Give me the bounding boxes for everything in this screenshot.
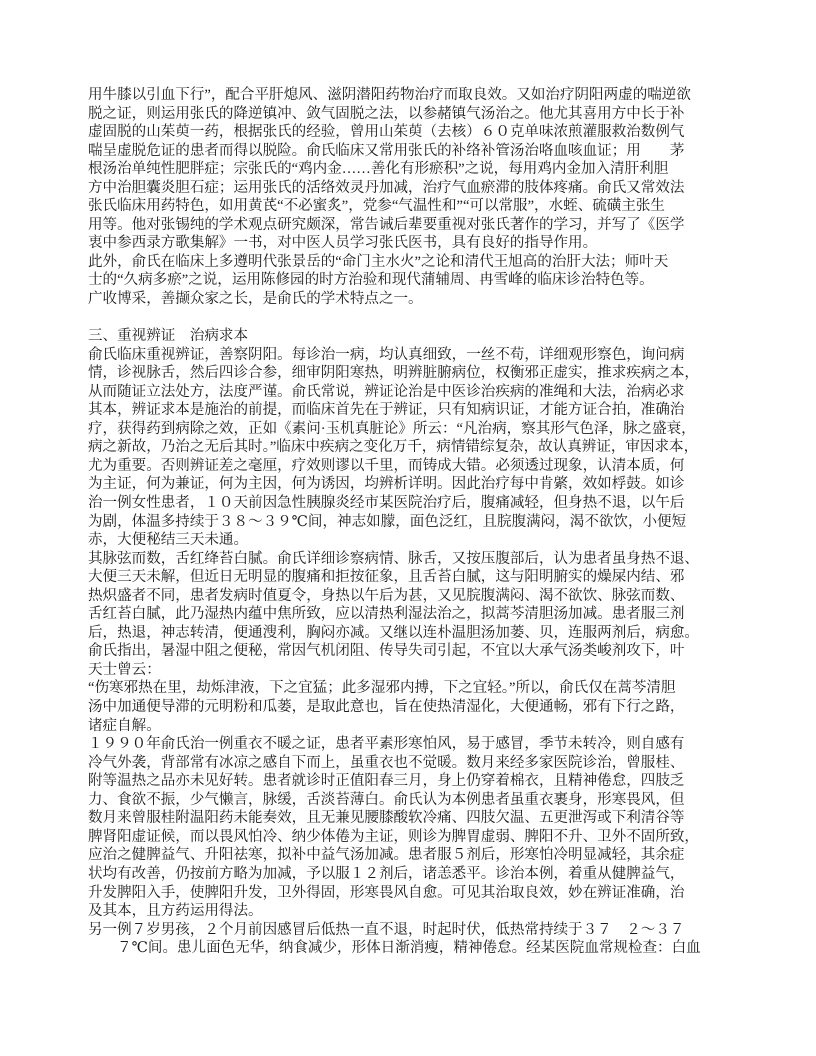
text-line: 大便三天未解，但近日无明显的腹痛和拒按征象，且舌苔白腻，这与阳明腑实的燥屎内结、… [88, 568, 748, 587]
text-line: 尤为重要。否则辨证差之毫厘，疗效则谬以千里，而铸成大错。必须透过现象，认清本质，… [88, 457, 748, 476]
text-column: 用牛膝以引血下行”，配合平肝熄风、滋阴潜阳药物治疗而取良效。又如治疗阴阳两虚的喘… [88, 86, 748, 958]
text-line: 其本，辨证求本是施治的前提，而临床首先在于辨证，只有知病识证，才能方证合拍，准确… [88, 401, 748, 420]
text-line: 后，热退，神志转清，便通溲利，胸闷亦减。又继以连朴温胆汤加蒌、贝，连服两剂后，病… [88, 624, 748, 643]
text-line: 治一例女性患者，１０天前因急性胰腺炎经市某医院治疗后，腹痛减轻，但身热不退，以午… [88, 494, 748, 513]
text-line: 附等温热之品亦未见好转。患者就诊时正值阳春三月，身上仍穿着棉衣，且精神倦怠，四肢… [88, 772, 748, 791]
text-line: 衷中参西录方歌集解》一书，对中医人员学习张氏医书，具有良好的指导作用。 [88, 234, 748, 253]
section-body: 俞氏临床重视辨证，善察阴阳。每诊治一病，均认真细致，一丝不苟，详细观形察色，询问… [88, 346, 748, 958]
text-line: 病之新故，乃治之无后其时。”临床中疾病之变化万千，病情错综复杂，故认真辨证，审因… [88, 438, 748, 457]
text-line: 汤中加通便导滞的元明粉和瓜蒌，是取此意也，旨在使热清湿化，大便通畅，邪有下行之路… [88, 698, 748, 717]
text-line: 广收博采，善撷众家之长，是俞氏的学术特点之一。 [88, 290, 748, 309]
text-line: 应治之健脾益气、升阳祛寒，拟补中益气汤加减。患者服５剂后，形寒怕冷明显减轻，其余… [88, 846, 748, 865]
text-line: 疗，获得药到病除之效，正如《素问·玉机真脏论》所云：“凡治病，察其形气色泽，脉之… [88, 420, 748, 439]
document-page: 用牛膝以引血下行”，配合平肝熄风、滋阴潜阳药物治疗而取良效。又如治疗阴阳两虚的喘… [0, 0, 816, 1056]
text-line: 为主证，何为兼证，何为主因，何为诱因，均辨析详明。因此治疗每中肯綮，效如桴鼓。如… [88, 475, 748, 494]
text-line: 状均有改善，仍按前方略为加减，予以服１２剂后，诸恙悉平。诊治本例，着重从健脾益气… [88, 865, 748, 884]
text-line: 升发脾阳入手，使脾阳升发，卫外得固，形寒畏风自愈。可见其治取良效，妙在辨证准确，… [88, 884, 748, 903]
text-line: 方中治胆囊炎胆石症；运用张氏的活络效灵丹加减，治疗气血瘀滞的肢体疼痛。俞氏又常效… [88, 179, 748, 198]
text-line: 舌红苔白腻，此乃湿热内蕴中焦所致，应以清热利湿法治之，拟蒿芩清胆汤加减。患者服三… [88, 605, 748, 624]
text-line: 情，诊视脉舌，然后四诊合参，细审阴阳寒热，明辨脏腑病位，权衡邪正虚实，推求疾病之… [88, 364, 748, 383]
text-line: 脾肾阳虚证候，而以畏风怕冷、纳少体倦为主证，则诊为脾胃虚弱、脾阳不升、卫外不固所… [88, 828, 748, 847]
text-line: 士的“久病多瘀”之说，运用陈修园的时方治验和现代蒲辅周、冉雪峰的临床诊治特色等。 [88, 271, 748, 290]
text-line: 用牛膝以引血下行”，配合平肝熄风、滋阴潜阳药物治疗而取良效。又如治疗阴阳两虚的喘… [88, 86, 748, 105]
text-line: 为剧，体温多持续于３８～３９℃间，神志如朦，面色泛红，且脘腹满闷，渴不欲饮，小便… [88, 513, 748, 532]
text-line: 其脉弦而数，舌红绛苔白腻。俞氏详细诊察病情、脉舌，又按压腹部后，认为患者虽身热不… [88, 550, 748, 569]
continued-paragraph: 用牛膝以引血下行”，配合平肝熄风、滋阴潜阳药物治疗而取良效。又如治疗阴阳两虚的喘… [88, 86, 748, 327]
text-line: 诸症自解。 [88, 717, 748, 736]
text-line: 俞氏临床重视辨证，善察阴阳。每诊治一病，均认真细致，一丝不苟，详细观形察色，询问… [88, 346, 748, 365]
text-line: ７℃间。患儿面色无华，纳食减少，形体日渐消瘦，精神倦怠。经某医院血常规检查：白血 [88, 939, 748, 958]
text-line: 俞氏指出，暑湿中阻之便秘，常因气机闭阻、传导失司引起，不宜以大承气汤类峻剂攻下，… [88, 642, 748, 661]
text-line: 天士曾云： [88, 661, 748, 680]
text-line: 力、食欲不振，少气懒言，脉缓，舌淡苔薄白。俞氏认为本例患者虽重衣裹身，形寒畏风，… [88, 791, 748, 810]
text-line: 从而随证立法处方，法度严谨。俞氏常说，辨证论治是中医诊治疾病的准绳和大法，治病必… [88, 383, 748, 402]
section-heading: 三、重视辨证 治病求本 [88, 327, 748, 346]
text-line: 用等。他对张锡纯的学术观点研究颇深，常告诫后辈要重视对张氏著作的学习，并写了《医… [88, 216, 748, 235]
text-line: 赤，大便秘结三天未通。 [88, 531, 748, 550]
text-line: 冷气外袭，背部常有冰凉之感自下而上，虽重衣也不觉暖。数月来经多家医院诊治，曾服桂… [88, 754, 748, 773]
text-line: 脱之证，则运用张氏的降逆镇冲、敛气固脱之法，以参赭镇气汤治之。他尤其喜用方中长于… [88, 105, 748, 124]
text-line: 喘呈虚脱危证的患者而得以脱险。俞氏临床又常用张氏的补络补管汤治咯血咳血证；用 茅 [88, 142, 748, 161]
text-line: 此外，俞氏在临床上多遵明代张景岳的“命门主水火”之论和清代王旭高的治肝大法；师叶… [88, 253, 748, 272]
text-line: 张氏临床用药特色，如用黄芪“不必蜜炙”，党参“气温性和”“可以常服”，水蛭、硫磺… [88, 197, 748, 216]
text-line: 根汤治单纯性肥胖症；宗张氏的“鸡内金……善化有形瘀积”之说，每用鸡内金加入清肝利… [88, 160, 748, 179]
text-line: 数月来曾服桂附温阳药未能奏效，且无兼见腰膝酸软冷痛、四肢欠温、五更泄泻或下利清谷… [88, 809, 748, 828]
text-line: 热炽盛者不同，患者发病时值夏令，身热以午后为甚，又见脘腹满闷、渴不欲饮、脉弦而数… [88, 587, 748, 606]
text-line: 另一例７岁男孩，２个月前因感冒后低热一直不退，时起时伏，低热常持续于３７ ２～３… [88, 921, 748, 940]
text-line: 虚固脱的山茱萸一药，根据张氏的经验，曾用山茱萸（去核）６０克单味浓煎灌服救治数例… [88, 123, 748, 142]
text-line [88, 309, 748, 328]
text-line: “伤寒邪热在里，劫烁津液，下之宜猛；此多湿邪内搏，下之宜轻。”所以，俞氏仅在蒿芩… [88, 679, 748, 698]
text-line: 及其本，且方药运用得法。 [88, 902, 748, 921]
text-line: １９９０年俞氏治一例重衣不暖之证，患者平素形寒怕风，易于感冒，季节未转冷，则自感… [88, 735, 748, 754]
